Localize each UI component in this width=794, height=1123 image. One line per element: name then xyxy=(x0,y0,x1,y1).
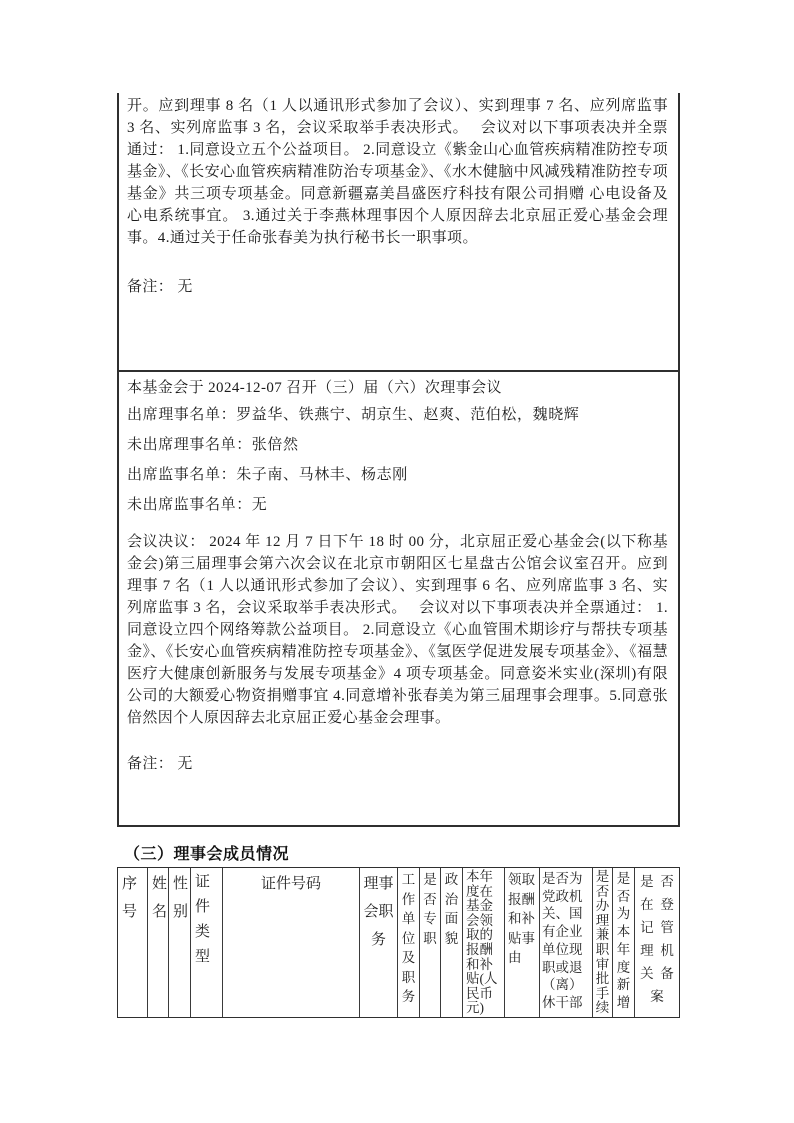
board-members-table: 序 号 姓 名 性 别 证 件 类 型 证件号码 理事 会职 务 工 作 单 位… xyxy=(117,867,680,1018)
meeting-minutes-box: 开。应到理事 8 名（1 人以通讯形式参加了会议）、实到理事 7 名、应列席监事… xyxy=(117,93,680,827)
attendee-line-directors-absent: 未出席理事名单：张倍然 xyxy=(127,434,668,456)
meeting-resolution: 会议决议： 2024 年 12 月 7 日下午 18 时 00 分，北京屈正爱心… xyxy=(127,531,668,729)
attendee-line-supervisors-present: 出席监事名单：朱子南、马林丰、杨志刚 xyxy=(127,464,668,486)
col-header-board-position: 理事 会职 务 xyxy=(360,868,398,1017)
document-page: 开。应到理事 8 名（1 人以通讯形式参加了会议）、实到理事 7 名、应列席监事… xyxy=(0,0,794,1123)
attendee-line-directors-present: 出席理事名单：罗益华、铁燕宁、胡京生、赵爽、范伯松，魏晓辉 xyxy=(127,404,668,426)
remark-line: 备注： 无 xyxy=(127,753,668,775)
col-header-political-status: 政 治 面 貌 xyxy=(441,868,463,1017)
previous-meeting-continuation: 开。应到理事 8 名（1 人以通讯形式参加了会议）、实到理事 7 名、应列席监事… xyxy=(119,93,678,372)
col-header-new-this-year: 是 否 为 本 年 度 新 增 xyxy=(613,868,635,1017)
col-header-cadre-status: 是否为 党政机 关、国 有企业 单位现 职或退 （离） 休干部 xyxy=(540,868,593,1017)
col-header-concurrent-approval: 是 否 办 理 兼 职 审 批 手 续 xyxy=(593,868,613,1017)
col-header-annual-compensation: 本年 度在 基金 会领 取的 报酬 和补 贴(人 民币 元) xyxy=(463,868,505,1017)
current-meeting-record: 本基金会于 2024-12-07 召开（三）届（六）次理事会议 出席理事名单：罗… xyxy=(119,372,678,825)
col-header-id-type: 证 件 类 型 xyxy=(191,868,223,1017)
col-header-registry-filing: 是 否 在 登 记 管 理 机 关 备 案 xyxy=(635,868,679,1017)
section-heading-board-members: （三）理事会成员情况 xyxy=(124,841,289,864)
remark-line: 备注： 无 xyxy=(127,276,668,298)
col-header-compensation-reason: 领取 报酬 和补 贴事 由 xyxy=(505,868,540,1017)
meeting-title-line: 本基金会于 2024-12-07 召开（三）届（六）次理事会议 xyxy=(127,377,668,399)
col-header-serial-number: 序 号 xyxy=(118,868,148,1017)
col-header-fulltime: 是 否 专 职 xyxy=(420,868,441,1017)
col-header-work-unit-position: 工 作 单 位 及 职 务 xyxy=(398,868,420,1017)
col-header-name: 姓 名 xyxy=(148,868,169,1017)
attendee-line-supervisors-absent: 未出席监事名单：无 xyxy=(127,494,668,516)
col-header-id-number: 证件号码 xyxy=(223,868,360,1017)
meeting-text-continued: 开。应到理事 8 名（1 人以通讯形式参加了会议）、实到理事 7 名、应列席监事… xyxy=(127,95,668,249)
col-header-gender: 性 别 xyxy=(169,868,191,1017)
